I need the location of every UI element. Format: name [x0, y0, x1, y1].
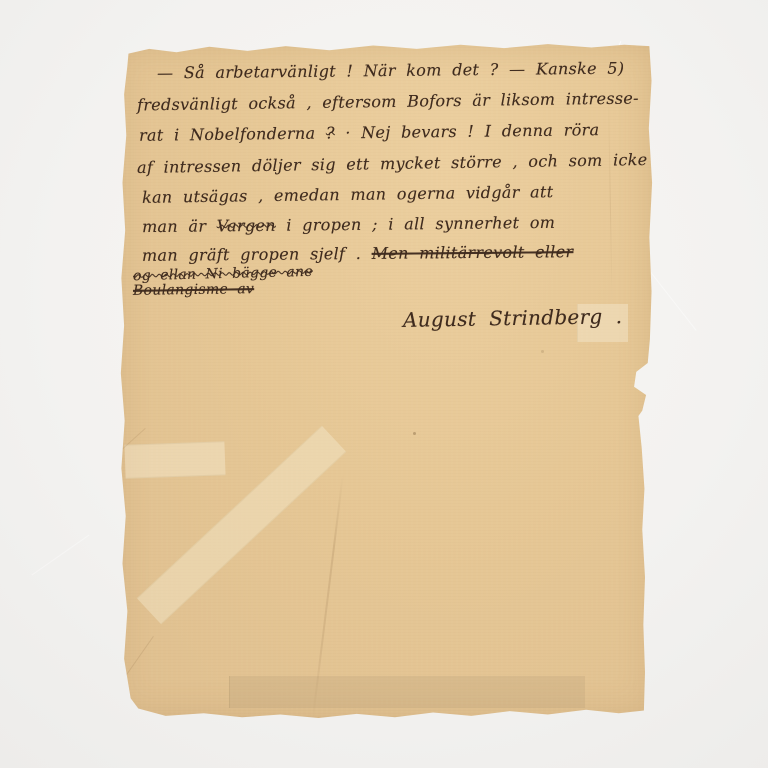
tape-strip-left — [124, 441, 225, 478]
handwritten-text: rat i Nobelfonderna — [139, 124, 326, 145]
letter-line-3: rat i Nobelfonderna ? · Nej bevars ! I d… — [139, 120, 600, 145]
paper-speck — [413, 432, 416, 435]
handwritten-text: · Nej bevars ! I denna röra — [335, 120, 600, 142]
letter-line-1: — Så arbetarvänligt ! När kom det ? — Ka… — [157, 59, 625, 83]
crossed-out-text: Men militärrevolt eller — [372, 242, 574, 263]
handwritten-text: man är — [142, 216, 217, 236]
paper-crease — [116, 636, 154, 689]
crossed-out-line: Boulangisme av — [133, 281, 254, 299]
handwritten-text: i gropen ; i all synnerhet om — [276, 213, 556, 235]
handwritten-text: fredsvänligt också , eftersom Bofors är … — [137, 88, 639, 114]
crossed-out-mark: ? — [326, 123, 335, 142]
letter-line-2: fredsvänligt också , eftersom Bofors är … — [137, 88, 639, 114]
letter-line-4: af intressen döljer sig ett mycket störr… — [137, 150, 648, 177]
paper-crease — [90, 428, 146, 478]
letter-paper: — Så arbetarvänligt ! När kom det ? — Ka… — [111, 40, 657, 720]
background-scratch — [32, 535, 90, 576]
signature: August Strindberg . — [403, 304, 623, 332]
handwritten-text: — Så arbetarvänligt ! När kom det ? — Ka… — [157, 59, 625, 83]
photo-background: — Så arbetarvänligt ! När kom det ? — Ka… — [0, 0, 768, 768]
tape-strip-diagonal — [137, 426, 347, 625]
handwritten-text: man gräft gropen sjelf . — [142, 244, 372, 265]
letter-line-7: man gräft gropen sjelf . Men militärrevo… — [142, 242, 574, 265]
handwritten-text: af intressen döljer sig ett mycket störr… — [137, 150, 648, 177]
handwritten-text: kan utsägas , emedan man ogerna vidgår a… — [142, 182, 554, 207]
paper-speck — [541, 350, 544, 353]
crossed-out-word: Vargen — [217, 216, 276, 236]
tape-strip-bottom — [229, 676, 585, 708]
letter-line-9: Boulangisme av — [133, 281, 254, 299]
letter-line-5: kan utsägas , emedan man ogerna vidgår a… — [142, 182, 554, 207]
letter-line-6: man är Vargen i gropen ; i all synnerhet… — [142, 213, 555, 236]
signature-text: August Strindberg . — [403, 304, 623, 332]
paper-crease — [608, 98, 613, 308]
paper-crease — [312, 473, 344, 721]
